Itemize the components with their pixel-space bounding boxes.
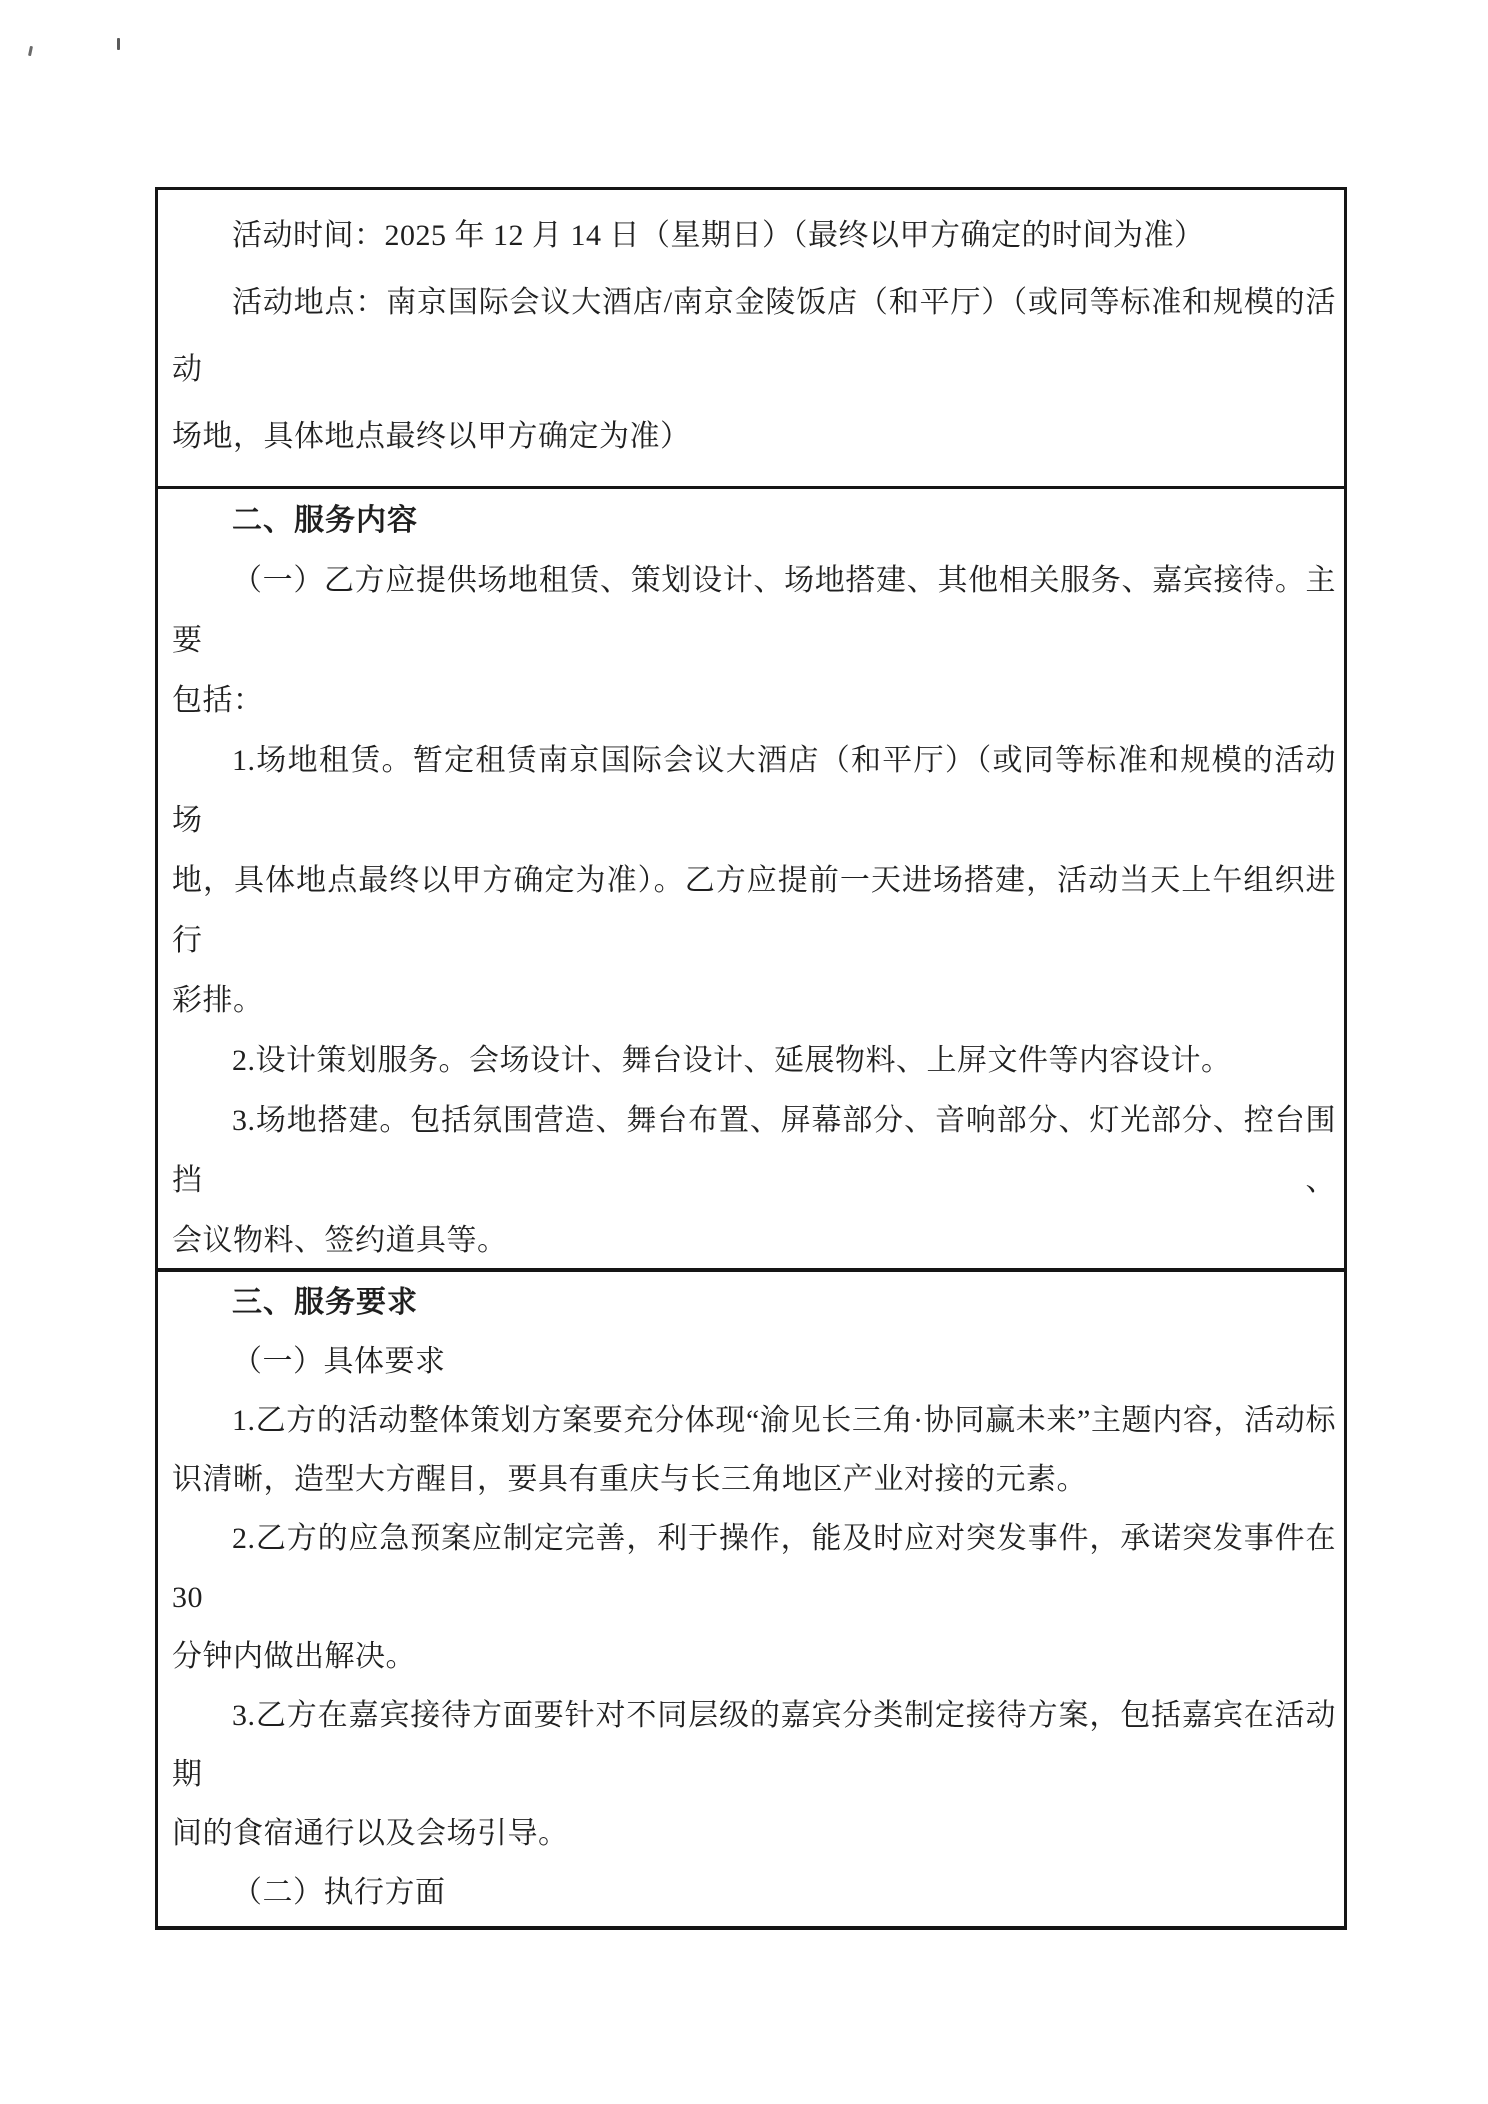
- section-event-info: 活动时间：2025 年 12 月 14 日（星期日）（最终以甲方确定的时间为准）…: [158, 190, 1344, 486]
- text-line: （二）执行方面: [172, 1863, 1336, 1922]
- text-line: （一）乙方应提供场地租赁、策划设计、场地搭建、其他相关服务、嘉宾接待。主要: [172, 551, 1336, 671]
- text-line: 1.乙方的所有设计搭建必须按照绿色设计、绿色选材和绿色安全施工要求推进实施。: [172, 1922, 1336, 1926]
- text-line: 间的食宿通行以及会场引导。: [172, 1804, 1336, 1863]
- text-line: 三、服务要求: [172, 1273, 1336, 1332]
- section-service-requirements: 三、服务要求（一）具体要求1.乙方的活动整体策划方案要充分体现“渝见长三角·协同…: [158, 1268, 1344, 1926]
- text-line: 活动规模：约 500 人: [172, 470, 1336, 486]
- text-line: 包括：: [172, 671, 1336, 731]
- text-line: 1.乙方的活动整体策划方案要充分体现“渝见长三角·协同赢未来”主题内容，活动标: [172, 1391, 1336, 1450]
- scan-speck: [117, 38, 120, 50]
- scan-speck: [28, 46, 33, 56]
- text-line: 会议物料、签约道具等。: [172, 1211, 1336, 1268]
- scanned-document-page: 活动时间：2025 年 12 月 14 日（星期日）（最终以甲方确定的时间为准）…: [0, 0, 1488, 2104]
- text-line: 1.场地租赁。暂定租赁南京国际会议大酒店（和平厅）（或同等标准和规模的活动场: [172, 731, 1336, 851]
- contract-table: 活动时间：2025 年 12 月 14 日（星期日）（最终以甲方确定的时间为准）…: [155, 187, 1347, 1930]
- text-line: 地，具体地点最终以甲方确定为准）。乙方应提前一天进场搭建，活动当天上午组织进行: [172, 851, 1336, 971]
- text-line: 2.设计策划服务。会场设计、舞台设计、延展物料、上屏文件等内容设计。: [172, 1031, 1336, 1091]
- text-line: （一）具体要求: [172, 1332, 1336, 1391]
- text-line: 2.乙方的应急预案应制定完善，利于操作，能及时应对突发事件，承诺突发事件在 30: [172, 1509, 1336, 1627]
- text-line: 彩排。: [172, 971, 1336, 1031]
- text-line: 3.场地搭建。包括氛围营造、舞台布置、屏幕部分、音响部分、灯光部分、控台围挡、: [172, 1091, 1336, 1211]
- text-line: 活动时间：2025 年 12 月 14 日（星期日）（最终以甲方确定的时间为准）: [172, 202, 1336, 269]
- section-service-content: 二、服务内容（一）乙方应提供场地租赁、策划设计、场地搭建、其他相关服务、嘉宾接待…: [158, 486, 1344, 1268]
- text-line: 活动地点：南京国际会议大酒店/南京金陵饭店（和平厅）（或同等标准和规模的活动: [172, 269, 1336, 403]
- text-line: 场地，具体地点最终以甲方确定为准）: [172, 403, 1336, 470]
- text-line: 分钟内做出解决。: [172, 1627, 1336, 1686]
- text-line: 3.乙方在嘉宾接待方面要针对不同层级的嘉宾分类制定接待方案，包括嘉宾在活动期: [172, 1686, 1336, 1804]
- text-line: 二、服务内容: [172, 491, 1336, 551]
- text-line: 识清晰，造型大方醒目，要具有重庆与长三角地区产业对接的元素。: [172, 1450, 1336, 1509]
